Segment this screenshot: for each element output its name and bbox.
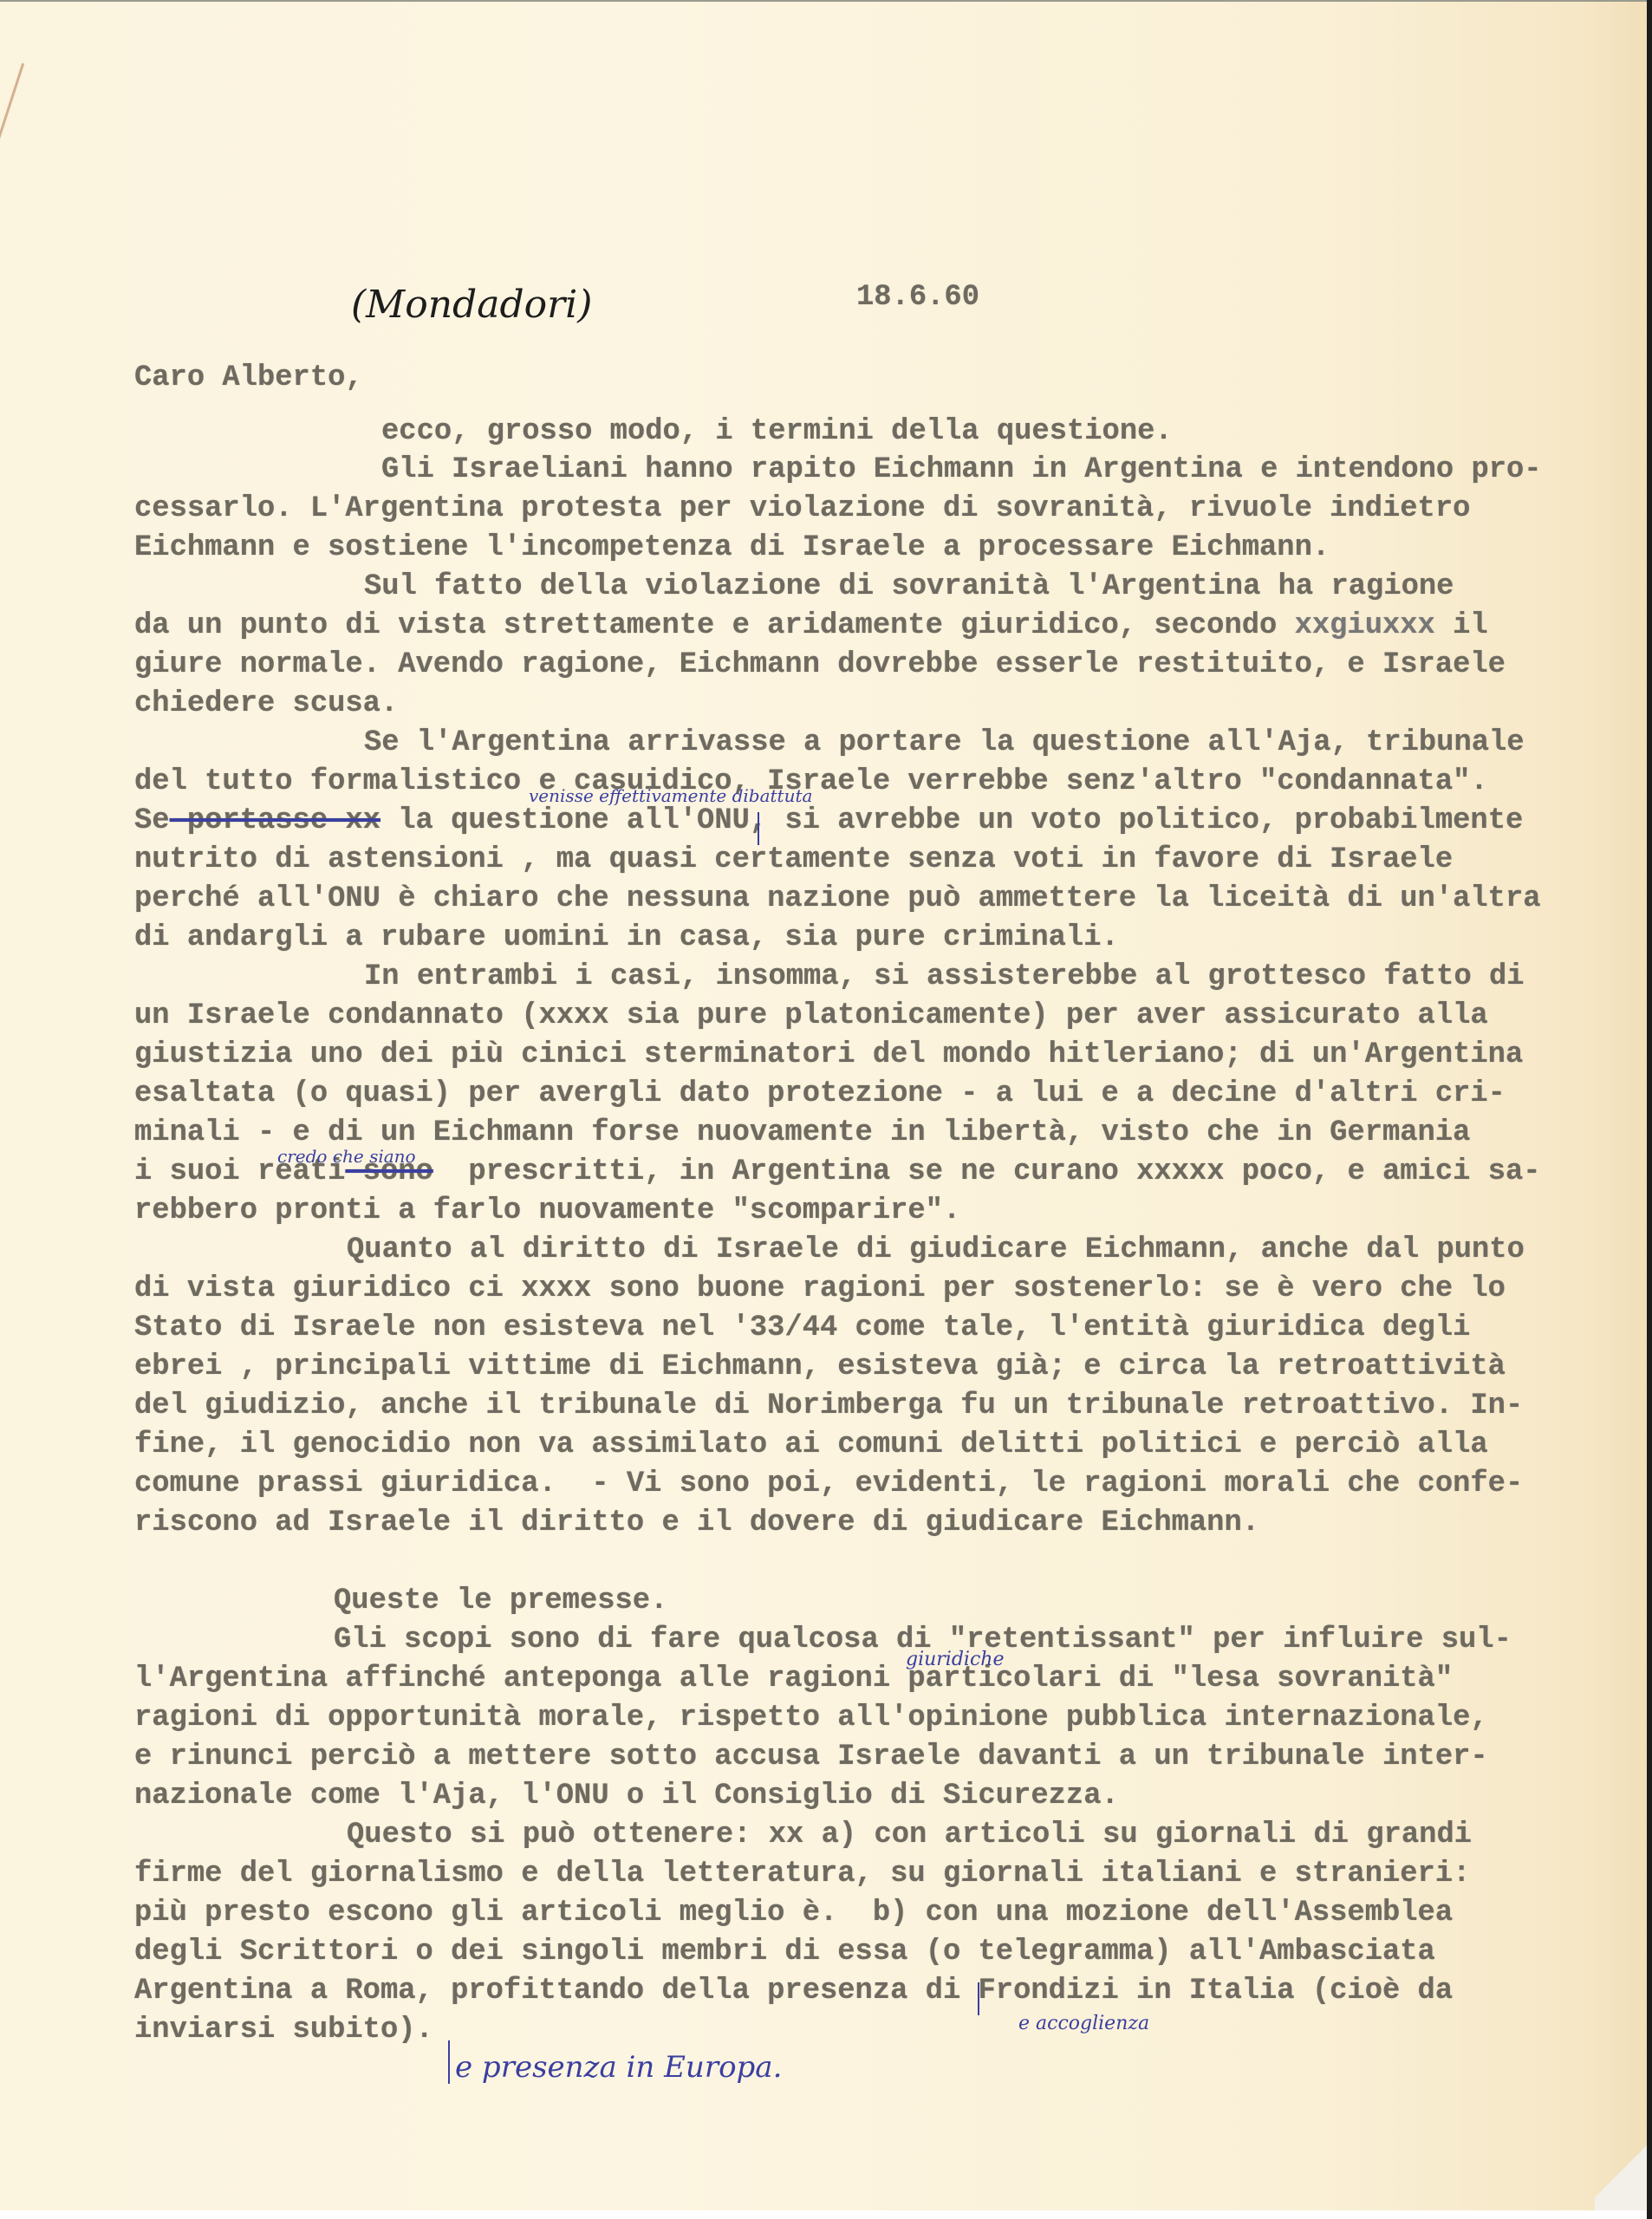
- typed-line: nazionale come l'Aja, l'ONU o il Consigl…: [134, 1782, 1119, 1812]
- typed-line: un Israele condannato (xxxx sia pure pla…: [134, 1002, 1488, 1031]
- handwritten-annotation: e accoglienza: [1018, 2014, 1149, 2034]
- handwritten-annotation: e presenza in Europa.: [455, 2053, 782, 2082]
- typed-line: da un punto di vista strettamente e arid…: [134, 612, 1488, 641]
- typed-line: nutrito di astensioni , ma quasi certame…: [134, 846, 1453, 875]
- typed-line: giustizia uno dei più cinici sterminator…: [134, 1041, 1523, 1070]
- typed-line: Queste le premesse.: [334, 1587, 667, 1617]
- handwritten-annotation: credo che siano: [277, 1148, 416, 1165]
- typed-line: rebbero pronti a farlo nuovamente "scomp…: [134, 1197, 960, 1227]
- typed-line: più presto escono gli articoli meglio è.…: [134, 1899, 1453, 1929]
- typed-line: comune prassi giuridica. - Vi sono poi, …: [134, 1470, 1523, 1500]
- staple-mark: [0, 63, 33, 158]
- handwritten-annotation: giuridiche: [906, 1650, 1004, 1669]
- insertion-caret: [758, 812, 759, 845]
- typed-line: In entrambi i casi, insomma, si assister…: [364, 963, 1525, 992]
- typed-line: Stato di Israele non esisteva nel '33/44…: [134, 1314, 1470, 1344]
- typed-line: e rinunci perciò a mettere sotto accusa …: [134, 1743, 1488, 1773]
- insertion-caret: [448, 2040, 450, 2084]
- scan-edge: [1647, 0, 1652, 2219]
- typed-line: Questo si può ottenere: xx a) con artico…: [347, 1821, 1472, 1851]
- typed-line: minali - e di un Eichmann forse nuovamen…: [134, 1119, 1470, 1149]
- typed-line: di andargli a rubare uomini in casa, sia…: [134, 924, 1119, 953]
- typed-line: perché all'ONU è chiaro che nessuna nazi…: [134, 885, 1541, 914]
- typed-line: Argentina a Roma, profittando della pres…: [134, 1977, 1453, 2007]
- typed-line: l'Argentina affinché anteponga alle ragi…: [134, 1665, 1453, 1695]
- typed-line: ebrei , principali vittime di Eichmann, …: [134, 1353, 1506, 1383]
- typed-line: Gli Israeliani hanno rapito Eichmann in …: [381, 456, 1542, 485]
- typed-line: Se portasse xx la questione all'ONU, si …: [134, 807, 1523, 836]
- typed-line: di vista giuridico ci xxxx sono buone ra…: [134, 1275, 1506, 1305]
- handwritten-annotation: venisse effettivamente dibattuta: [529, 787, 812, 804]
- typed-line: Sul fatto della violazione di sovranità …: [364, 573, 1454, 602]
- typed-line: ragioni di opportunità morale, rispetto …: [134, 1704, 1488, 1734]
- insertion-caret: [978, 1982, 979, 2015]
- typed-line: firme del giornalismo e della letteratur…: [134, 1860, 1470, 1890]
- typed-line: fine, il genocidio non va assimilato ai …: [134, 1431, 1488, 1461]
- typed-line: giure normale. Avendo ragione, Eichmann …: [134, 651, 1506, 680]
- typed-strikeout: xxgiuxxx: [1277, 609, 1453, 642]
- typed-line: Quanto al diritto di Israele di giudicar…: [347, 1236, 1525, 1266]
- typed-line: chiedere scusa.: [134, 690, 398, 719]
- handwritten-header: (Mondadori): [351, 286, 592, 324]
- letter-date: 18.6.60: [856, 283, 979, 313]
- letter-page: (Mondadori) 18.6.60 Caro Alberto, ecco, …: [0, 0, 1647, 2210]
- typed-line: inviarsi subito).: [134, 2016, 433, 2046]
- salutation: Caro Alberto,: [134, 364, 363, 394]
- typed-line: riscono ad Israele il diritto e il dover…: [134, 1509, 1259, 1539]
- typed-line: degli Scrittori o dei singoli membri di …: [134, 1938, 1435, 1968]
- typed-line: esaltata (o quasi) per avergli dato prot…: [134, 1080, 1506, 1109]
- typed-line: Eichmann e sostiene l'incompetenza di Is…: [134, 534, 1330, 563]
- typed-line: Se l'Argentina arrivasse a portare la qu…: [364, 729, 1525, 758]
- typed-line: ecco, grosso modo, i termini della quest…: [381, 418, 1173, 447]
- pen-strikeout: portasse xx: [170, 804, 380, 837]
- typed-line: del giudizio, anche il tribunale di Nori…: [134, 1392, 1523, 1422]
- typed-line: cessarlo. L'Argentina protesta per viola…: [134, 495, 1470, 524]
